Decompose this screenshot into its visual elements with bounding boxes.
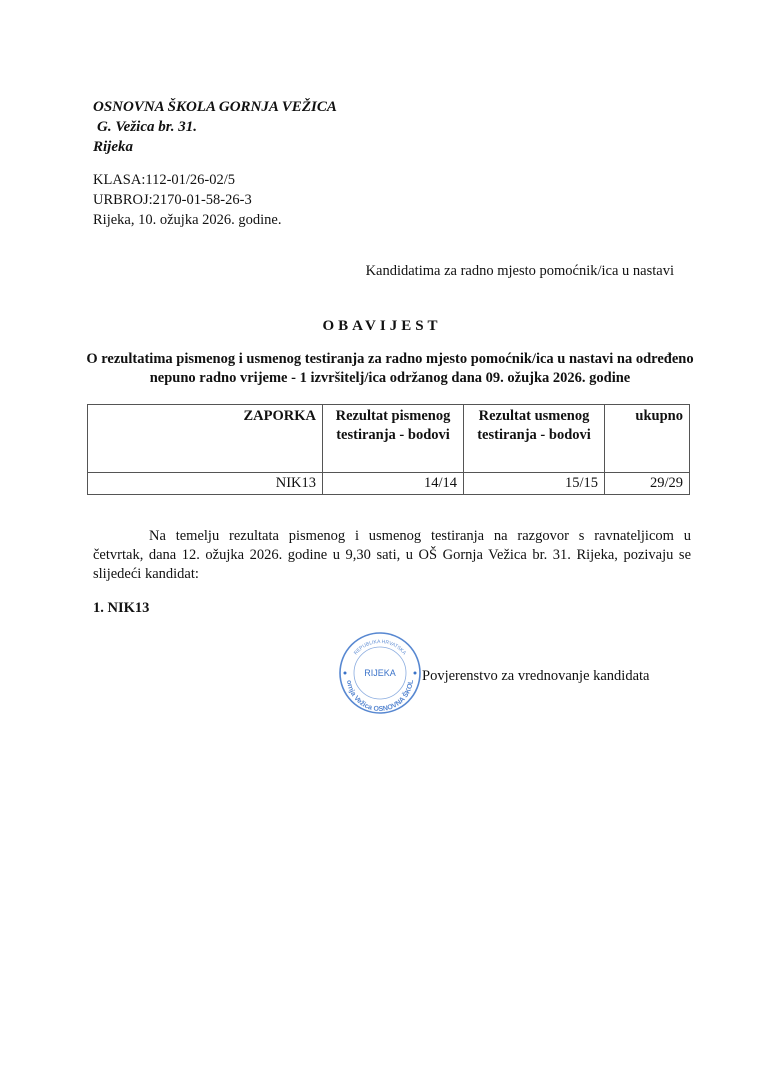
document-subtitle: O rezultatima pismenog i usmenog testira… bbox=[85, 350, 695, 388]
svg-text:REPUBLIKA HRVATSKA: REPUBLIKA HRVATSKA bbox=[353, 639, 408, 657]
document-title: OBAVIJEST bbox=[0, 318, 764, 335]
school-address: G. Vežica br. 31. bbox=[93, 117, 337, 137]
cell-zaporka: NIK13 bbox=[88, 473, 323, 495]
official-stamp-icon: REPUBLIKA HRVATSKA RIJEKA Gornja Vežica … bbox=[337, 630, 423, 716]
date-line: Rijeka, 10. ožujka 2026. godine. bbox=[93, 210, 281, 230]
school-city: Rijeka bbox=[93, 137, 337, 157]
signature-line: Povjerenstvo za vrednovanje kandidata bbox=[422, 668, 650, 685]
cell-written: 14/14 bbox=[323, 473, 464, 495]
table-header-row: ZAPORKA Rezultat pismenog testiranja - b… bbox=[88, 405, 690, 473]
school-header: OSNOVNA ŠKOLA GORNJA VEŽICA G. Vežica br… bbox=[93, 97, 337, 157]
header-oral-result: Rezultat usmenog testiranja - bodovi bbox=[464, 405, 605, 473]
paragraph-rest: četvrtak, dana 12. ožujka 2026. godine u… bbox=[93, 547, 691, 582]
document-meta: KLASA:112-01/26-02/5 URBROJ:2170-01-58-2… bbox=[93, 170, 281, 230]
cell-total: 29/29 bbox=[605, 473, 690, 495]
table-row: NIK13 14/14 15/15 29/29 bbox=[88, 473, 690, 495]
urbroj: URBROJ:2170-01-58-26-3 bbox=[93, 190, 281, 210]
header-written-result: Rezultat pismenog testiranja - bodovi bbox=[323, 405, 464, 473]
cell-oral: 15/15 bbox=[464, 473, 605, 495]
stamp-top-text: REPUBLIKA HRVATSKA bbox=[353, 639, 408, 657]
header-zaporka: ZAPORKA bbox=[88, 405, 323, 473]
candidate-list-item: 1. NIK13 bbox=[93, 600, 149, 617]
header-total: ukupno bbox=[605, 405, 690, 473]
results-table: ZAPORKA Rezultat pismenog testiranja - b… bbox=[87, 404, 690, 495]
stamp-center-text: RIJEKA bbox=[364, 668, 396, 678]
klasa: KLASA:112-01/26-02/5 bbox=[93, 170, 281, 190]
invitation-paragraph: Na temelju rezultata pismenog i usmenog … bbox=[93, 527, 691, 584]
addressee: Kandidatima za radno mjesto pomoćnik/ica… bbox=[366, 263, 674, 280]
paragraph-line-1: Na temelju rezultata pismenog i usmenog … bbox=[93, 527, 691, 546]
school-name: OSNOVNA ŠKOLA GORNJA VEŽICA bbox=[93, 97, 337, 117]
